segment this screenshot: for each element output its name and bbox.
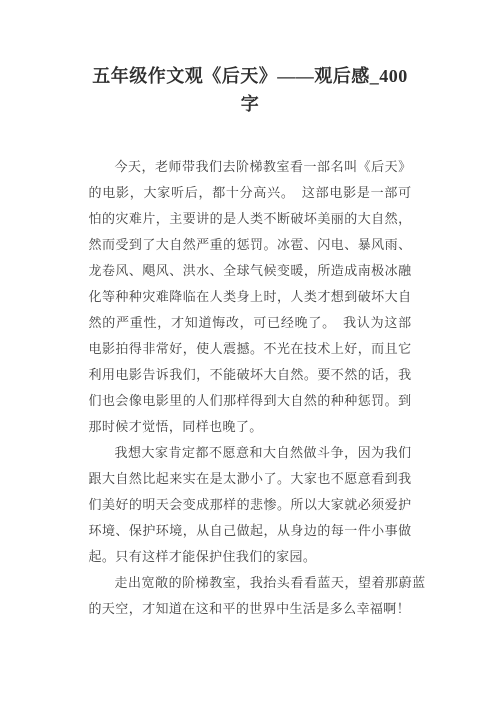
essay-paragraph-1: 今天，老师带我们去阶梯教室看一部名叫《后天》的电影，大家听后，都十分高兴。 这部…: [89, 154, 412, 440]
document-page: 五年级作文观《后天》——观后感_400字 今天，老师带我们去阶梯教室看一部名叫《…: [0, 0, 500, 708]
essay-body: 今天，老师带我们去阶梯教室看一部名叫《后天》的电影，大家听后，都十分高兴。 这部…: [89, 154, 412, 622]
essay-paragraph-2: 我想大家肯定都不愿意和大自然做斗争，因为我们跟大自然比起来实在是太渺小了。大家也…: [89, 440, 412, 570]
essay-paragraph-3: 走出宽敞的阶梯教室，我抬头看看蓝天，望着那蔚蓝的天空，才知道在这和平的世界中生活…: [89, 570, 426, 622]
page-title: 五年级作文观《后天》——观后感_400字: [91, 62, 409, 118]
